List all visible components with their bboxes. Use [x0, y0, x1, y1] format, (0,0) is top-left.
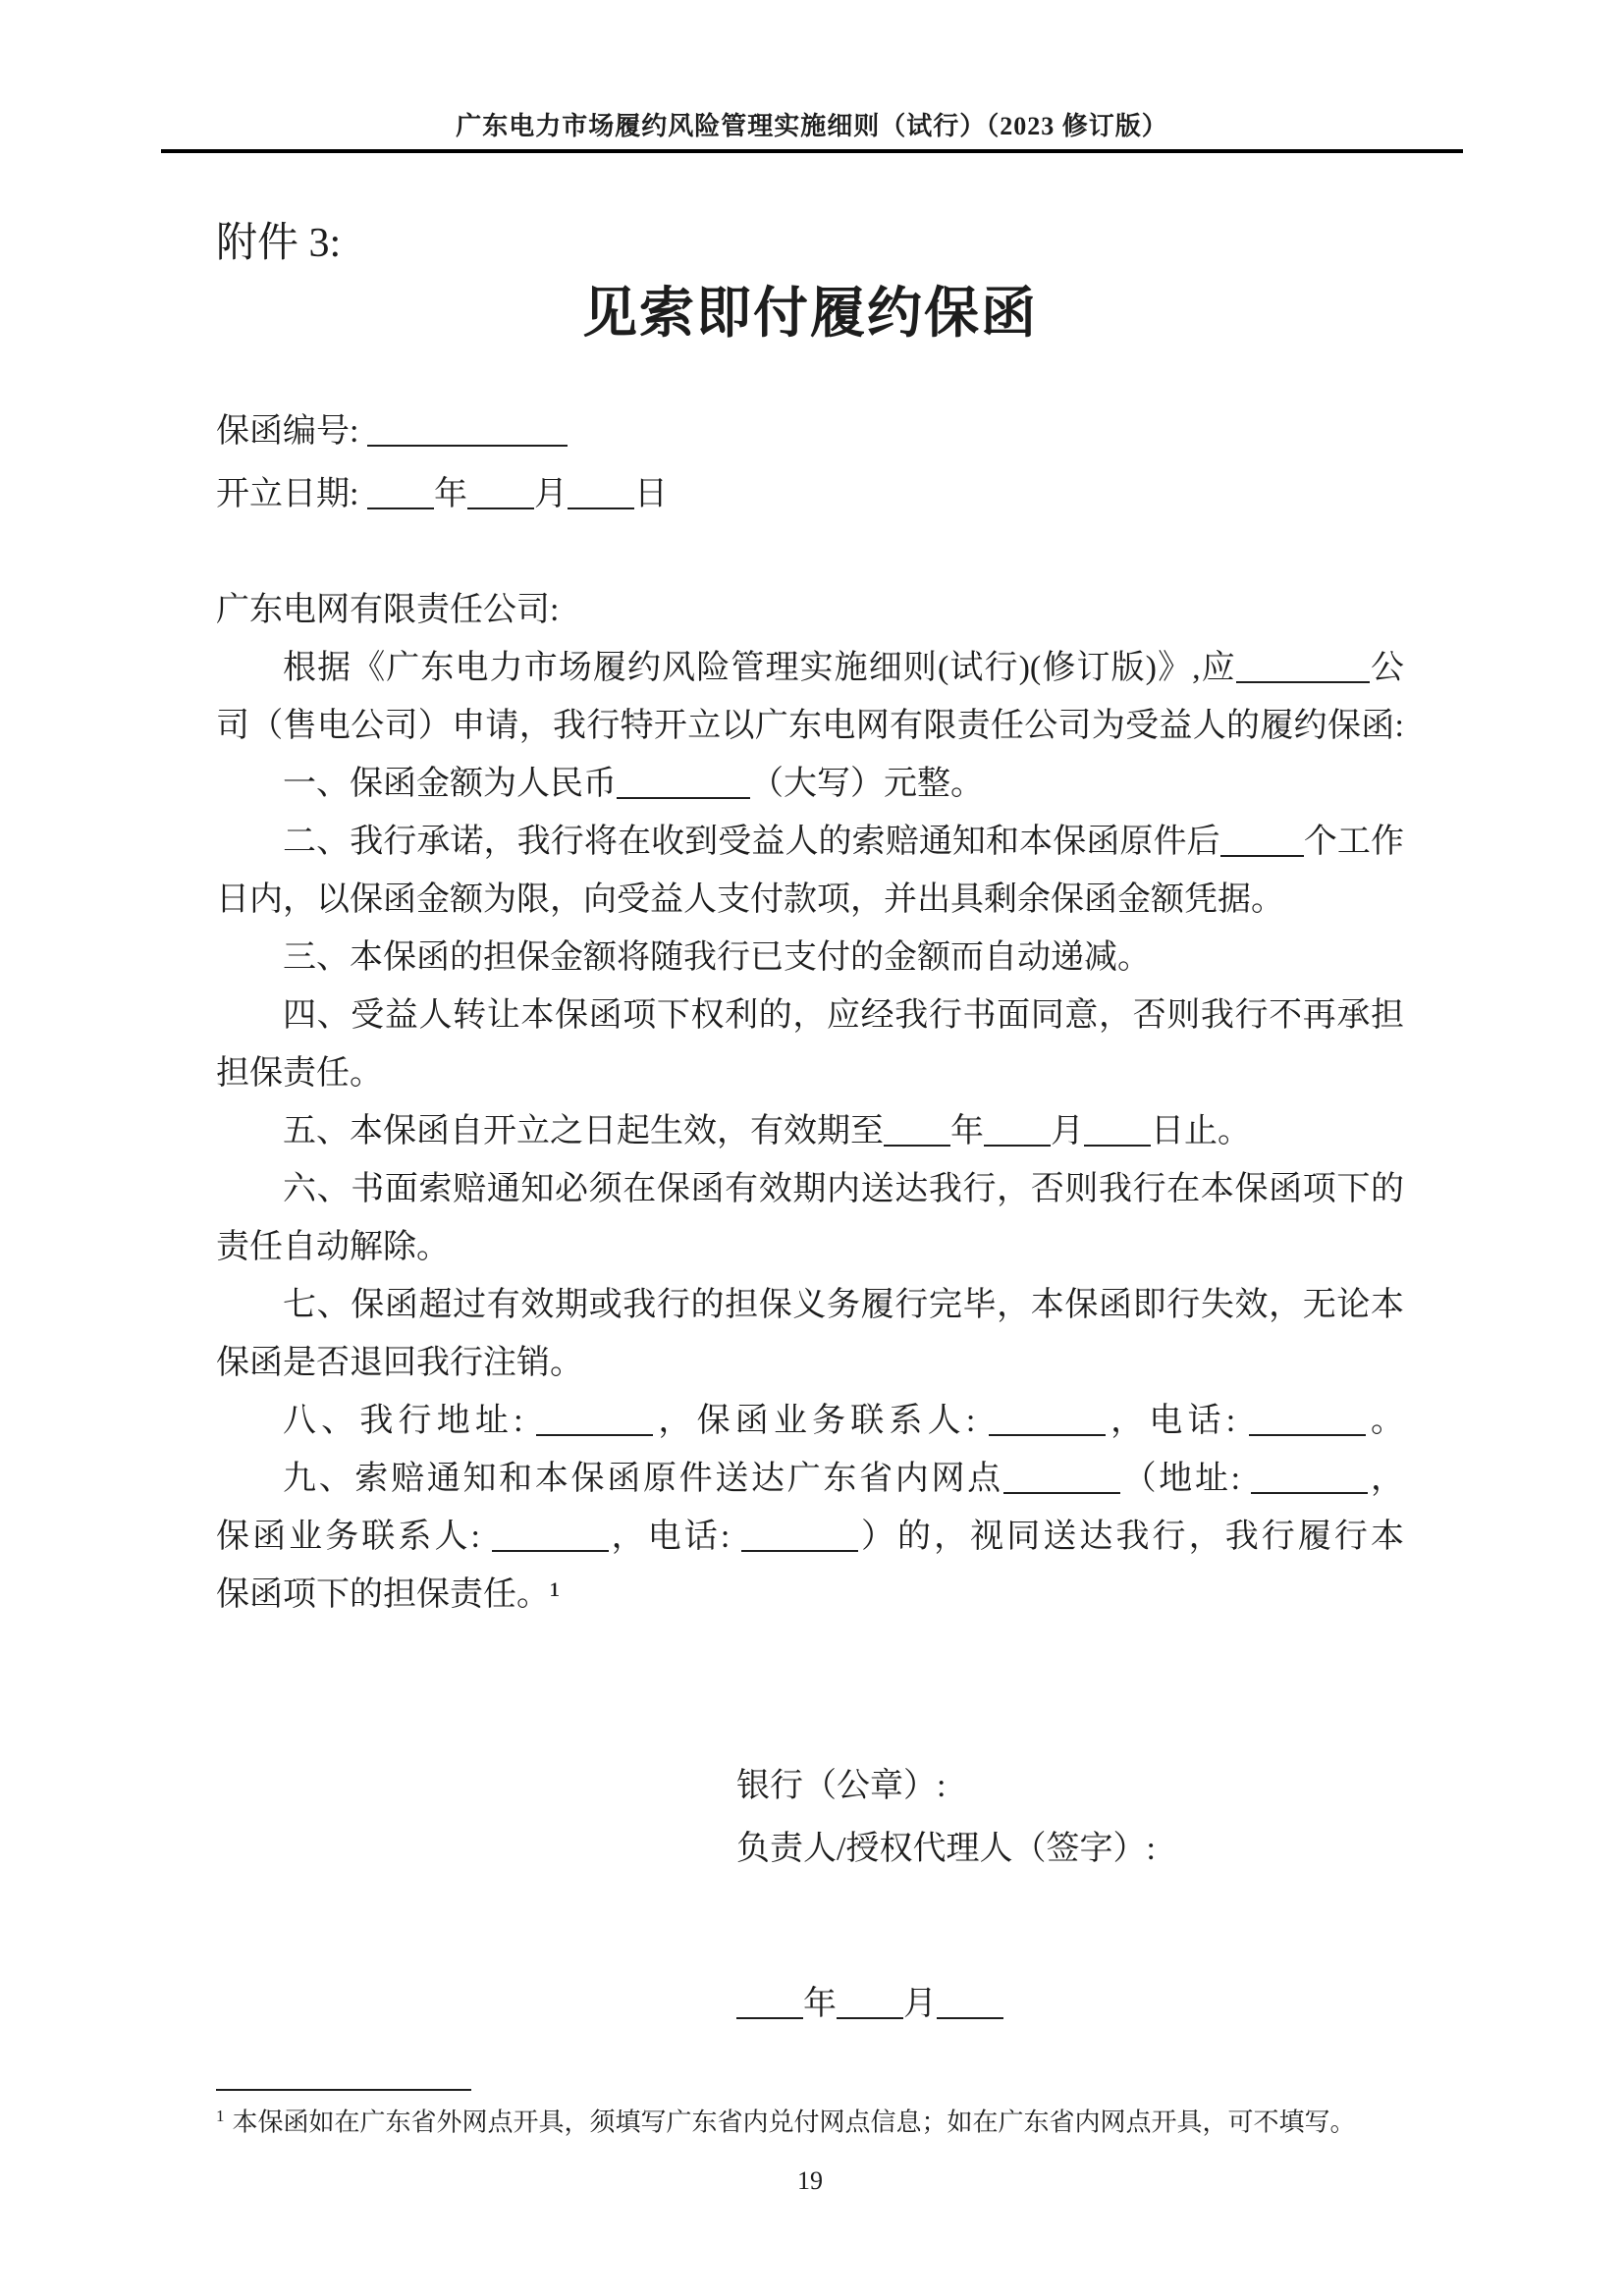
bank-seal-line: 银行（公章）:: [736, 1755, 1404, 1818]
body-line: 保函业务联系人: ，电话: ）的，视同送达我行，我行履行本: [216, 1508, 1404, 1566]
body-line: 八、我行地址: ，保函业务联系人: ，电话: 。: [216, 1392, 1404, 1450]
body-line: 保函项下的担保责任。¹: [216, 1566, 1404, 1624]
body-line: 司（售电公司）申请，我行特开立以广东电网有限责任公司为受益人的履约保函:: [216, 697, 1404, 755]
fill-in-blank: [741, 1517, 858, 1552]
page-content: 附件 3: 见索即付履约保函 保函编号: 开立日期: 年月日 广东电网有限责任公…: [0, 216, 1624, 2196]
fill-in-blank: [536, 1401, 653, 1436]
footnote-divider: [216, 2089, 471, 2091]
footnote: 1本保函如在广东省外网点开具，须填写广东省内兑付网点信息；如在广东省内网点开具，…: [216, 2099, 1404, 2141]
fill-in-blank: [989, 1401, 1106, 1436]
fill-in-blank: [1249, 1401, 1366, 1436]
footnote-marker: 1: [216, 2107, 225, 2125]
body-line: 一、保函金额为人民币（大写）元整。: [216, 755, 1404, 813]
fill-in-blank: [617, 764, 750, 799]
fill-in-blank: [467, 474, 534, 509]
issue-date-line: 开立日期: 年月日: [216, 471, 1404, 518]
fill-in-blank: [1220, 822, 1304, 857]
footnote-text: 本保函如在广东省外网点开具，须填写广东省内兑付网点信息；如在广东省内网点开具，可…: [233, 2109, 1356, 2137]
body-line: 责任自动解除。: [216, 1218, 1404, 1276]
fill-in-blank: [837, 1984, 903, 2019]
body-line: 保函是否退回我行注销。: [216, 1334, 1404, 1392]
header-title: 广东电力市场履约风险管理实施细则（试行）（2023 修订版）: [161, 110, 1463, 143]
agent-signature-line: 负责人/授权代理人（签字）:: [736, 1818, 1404, 1881]
document-page: 广东电力市场履约风险管理实施细则（试行）（2023 修订版） 附件 3: 见索即…: [0, 0, 1624, 2296]
fill-in-blank: [492, 1517, 609, 1552]
fill-in-blank: [367, 474, 434, 509]
body-line: 日内，以保函金额为限，向受益人支付款项，并出具剩余保函金额凭据。: [216, 871, 1404, 929]
fill-in-blank: [937, 1984, 1003, 2019]
salutation-line: 广东电网有限责任公司:: [216, 581, 1404, 639]
body-line: 七、保函超过有效期或我行的担保义务履行完毕，本保函即行失效，无论本: [216, 1276, 1404, 1334]
signature-block: 银行（公章）: 负责人/授权代理人（签字）:: [736, 1755, 1404, 1881]
fill-in-blank: [884, 1111, 950, 1147]
signature-date-line: 年月: [736, 1981, 1404, 2028]
body-line: 五、本保函自开立之日起生效，有效期至年月日止。: [216, 1102, 1404, 1160]
fill-in-blank: [1236, 648, 1370, 683]
fill-in-blank: [1084, 1111, 1151, 1147]
body-line: 担保责任。: [216, 1044, 1404, 1102]
document-title: 见索即付履约保函: [216, 283, 1404, 346]
body-text: 根据《广东电力市场履约风险管理实施细则(试行)(修订版)》,应公司（售电公司）申…: [216, 639, 1404, 1624]
guarantee-number-line: 保函编号:: [216, 408, 1404, 455]
body-line: 六、书面索赔通知必须在保函有效期内送达我行，否则我行在本保函项下的: [216, 1160, 1404, 1218]
page-number: 19: [216, 2166, 1404, 2196]
body-line: 三、本保函的担保金额将随我行已支付的金额而自动递减。: [216, 929, 1404, 987]
body-line: 二、我行承诺，我行将在收到受益人的索赔通知和本保函原件后个工作: [216, 813, 1404, 871]
attachment-label: 附件 3:: [216, 216, 1404, 271]
body-line: 四、受益人转让本保函项下权利的，应经我行书面同意，否则我行不再承担: [216, 987, 1404, 1044]
body-line: 九、索赔通知和本保函原件送达广东省内网点（地址: ，: [216, 1450, 1404, 1508]
fill-in-blank: [1003, 1459, 1120, 1494]
body-line: 根据《广东电力市场履约风险管理实施细则(试行)(修订版)》,应公: [216, 639, 1404, 697]
fill-in-blank: [736, 1984, 803, 2019]
fill-in-blank: [984, 1111, 1051, 1147]
fill-in-blank: [1251, 1459, 1368, 1494]
page-header: 广东电力市场履约风险管理实施细则（试行）（2023 修订版）: [161, 0, 1463, 153]
fill-in-blank: [568, 474, 634, 509]
fill-in-blank: [367, 411, 568, 447]
